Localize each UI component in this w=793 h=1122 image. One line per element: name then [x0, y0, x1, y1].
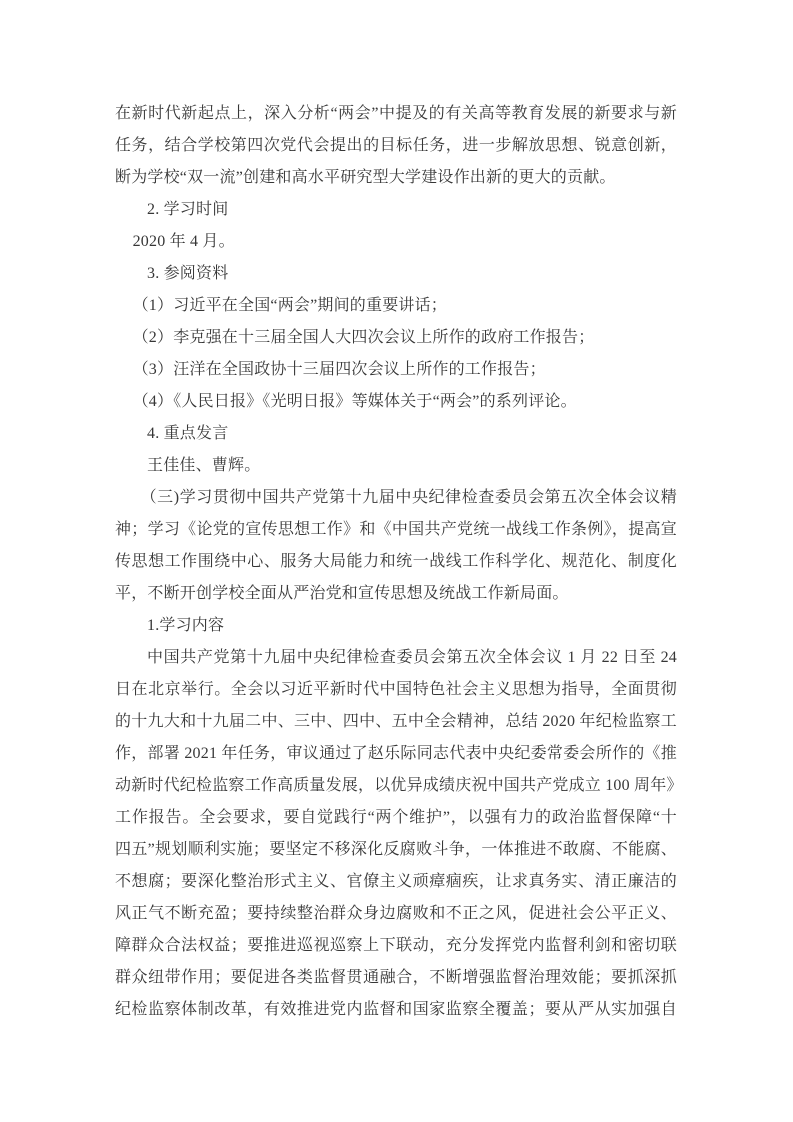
text-line: （3）汪洋在全国政协十三届四次会议上所作的工作报告；	[115, 354, 677, 386]
text-line: 动新时代纪检监察工作高质量发展，以优异成绩庆祝中国共产党成立 100 周年》	[115, 770, 677, 802]
text-line: 任务，结合学校第四次党代会提出的目标任务，进一步解放思想、锐意创新，不	[115, 130, 677, 162]
text-line: 2. 学习时间	[115, 194, 677, 226]
text-line: 作，部署 2021 年任务，审议通过了赵乐际同志代表中央纪委常委会所作的《推	[115, 738, 677, 770]
document-body: 在新时代新起点上，深入分析“两会”中提及的有关高等教育发展的新要求与新任务，结合…	[115, 98, 677, 1026]
text-line: 传思想工作围绕中心、服务大局能力和统一战线工作科学化、规范化、制度化水	[115, 546, 677, 578]
text-line: 的十九大和十九届二中、三中、四中、五中全会精神，总结 2020 年纪检监察工	[115, 706, 677, 738]
text-line: （1）习近平在全国“两会”期间的重要讲话；	[115, 290, 677, 322]
document-page: 在新时代新起点上，深入分析“两会”中提及的有关高等教育发展的新要求与新任务，结合…	[0, 0, 793, 1122]
text-line: 平，不断开创学校全面从严治党和宣传思想及统战工作新局面。	[115, 578, 677, 610]
text-line: 工作报告。全会要求，要自觉践行“两个维护”，以强有力的政治监督保障“十	[115, 802, 677, 834]
text-line: 3. 参阅资料	[115, 258, 677, 290]
text-line: 不想腐；要深化整治形式主义、官僚主义顽瘴痼疾，让求真务实、清正廉洁的新	[115, 866, 677, 898]
text-line: 王佳佳、曹辉。	[115, 450, 677, 482]
text-line: 4. 重点发言	[115, 418, 677, 450]
text-line: （2）李克强在十三届全国人大四次会议上所作的政府工作报告；	[115, 322, 677, 354]
text-line: 中国共产党第十九届中央纪律检查委员会第五次全体会议 1 月 22 日至 24	[115, 642, 677, 674]
text-line: 纪检监察体制改革，有效推进党内监督和国家监察全覆盖；要从严从实加强自我	[115, 994, 677, 1026]
text-line: 1.学习内容	[115, 610, 677, 642]
text-line: 神；学习《论党的宣传思想工作》和《中国共产党统一战线工作条例》，提高宣	[115, 514, 677, 546]
text-line: （三)学习贯彻中国共产党第十九届中央纪律检查委员会第五次全体会议精	[115, 482, 677, 514]
text-line: 在新时代新起点上，深入分析“两会”中提及的有关高等教育发展的新要求与新	[115, 98, 677, 130]
text-line: 日在北京举行。全会以习近平新时代中国特色社会主义思想为指导，全面贯彻党	[115, 674, 677, 706]
text-line: 障群众合法权益；要推进巡视巡察上下联动，充分发挥党内监督利剑和密切联系	[115, 930, 677, 962]
text-line: 群众纽带作用；要促进各类监督贯通融合，不断增强监督治理效能；要抓深抓实	[115, 962, 677, 994]
text-line: 断为学校“双一流”创建和高水平研究型大学建设作出新的更大的贡献。	[115, 162, 677, 194]
text-line: （4）《人民日报》《光明日报》等媒体关于“两会”的系列评论。	[115, 386, 677, 418]
text-line: 2020 年 4 月。	[115, 226, 677, 258]
text-line: 四五”规划顺利实施；要坚定不移深化反腐败斗争，一体推进不敢腐、不能腐、	[115, 834, 677, 866]
text-line: 风正气不断充盈；要持续整治群众身边腐败和不正之风，促进社会公平正义、保	[115, 898, 677, 930]
